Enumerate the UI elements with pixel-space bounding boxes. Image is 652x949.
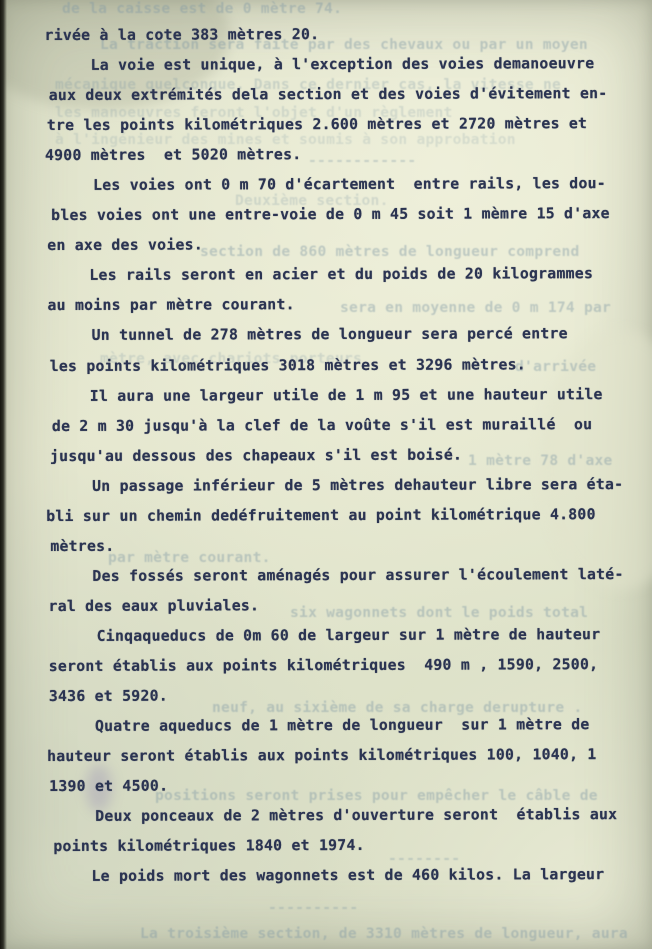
typed-line: Les rails seront en acier et du poids de… bbox=[45, 259, 637, 291]
bleedthrough-line: La troisième section, de 3310 mètres de … bbox=[140, 925, 628, 942]
typed-line: jusqu'au dessous des chapeaux s'il est b… bbox=[50, 440, 642, 472]
typed-line: ral des eaux pluviales. bbox=[48, 590, 640, 622]
typed-line: Un tunnel de 278 mètres de longueur sera… bbox=[48, 319, 640, 351]
scan-edge-shadow bbox=[0, 0, 7, 949]
typed-line: de 2 m 30 jusqu'à la clef de la voûte s'… bbox=[52, 410, 644, 442]
typed-line: Deux ponceaux de 2 mètres d'ouverture se… bbox=[51, 800, 643, 832]
typed-text-block: rivée à la cote 383 mètres 20. La voie e… bbox=[46, 19, 641, 892]
typed-line: Des fossés seront aménagés pour assurer … bbox=[48, 560, 640, 592]
typed-line: mètres. bbox=[50, 530, 642, 562]
typed-line: seront établis aux points kilométriques … bbox=[49, 650, 641, 682]
typed-line: Il aura une largeur utile de 1 m 95 et u… bbox=[46, 380, 638, 412]
typed-line: aux deux extrémités dela section et des … bbox=[49, 79, 641, 111]
typed-line: Les voies ont 0 m 70 d'écartement entre … bbox=[49, 169, 641, 201]
typed-line: en axe des voies. bbox=[47, 229, 639, 261]
typed-line: Cinqaqueducs de 0m 60 de largeur sur 1 m… bbox=[53, 620, 645, 652]
typed-line: 3436 et 5920. bbox=[49, 680, 641, 712]
typed-line: La voie est unique, à l'exception des vo… bbox=[47, 49, 639, 81]
bleedthrough-line: de la caisse est de 0 mètre 74. bbox=[62, 0, 342, 17]
typed-line: hauteur seront établis aux points kilomé… bbox=[47, 740, 639, 772]
typed-line: les points kilométriques 3018 mètres et … bbox=[50, 349, 642, 381]
typed-line: Le poids mort des wagonnets est de 460 k… bbox=[47, 860, 639, 892]
typed-line: au moins par mètre courant. bbox=[47, 289, 639, 321]
typed-line: bli sur un chemin dedéfruitement au poin… bbox=[46, 500, 638, 532]
typed-line: Quatre aqueducs de 1 mètre de longueur s… bbox=[51, 710, 643, 742]
typed-line: 4900 mètres et 5020 mètres. bbox=[45, 139, 637, 171]
faint-dashes-separator: ---------- bbox=[268, 899, 358, 916]
typed-line: points kilométriques 1840 et 1974. bbox=[53, 830, 645, 862]
scanned-document-page: de la caisse est de 0 mètre 74. La tract… bbox=[0, 0, 652, 949]
typed-line: rivée à la cote 383 mètres 20. bbox=[44, 19, 636, 51]
typed-line: Un passage inférieur de 5 mètres dehaute… bbox=[48, 470, 640, 502]
typed-line: 1390 et 4500. bbox=[49, 770, 641, 802]
typed-line: tre les points kilométriques 2.600 mètre… bbox=[47, 109, 639, 141]
typed-line: bles voies ont une entre-voie de 0 m 45 … bbox=[51, 199, 643, 231]
